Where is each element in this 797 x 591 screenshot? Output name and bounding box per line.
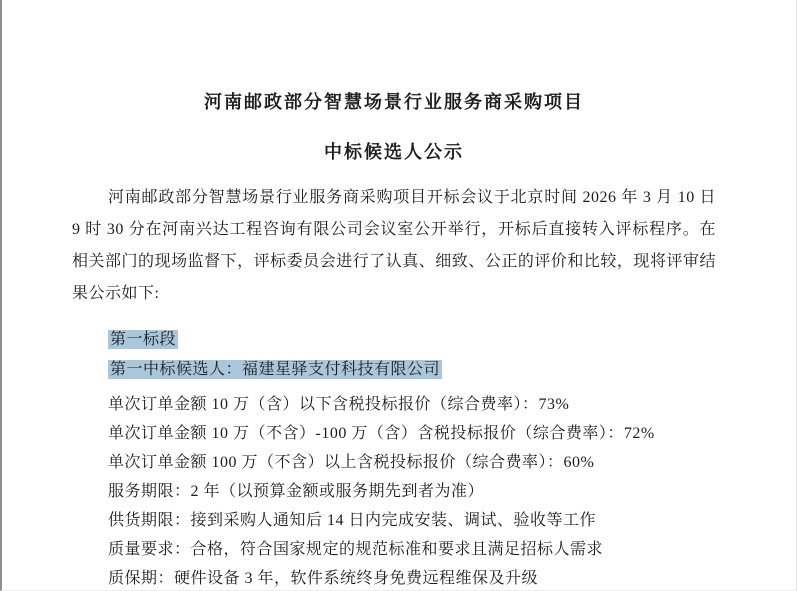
intro-paragraph: 河南邮政部分智慧场景行业服务商采购项目开标会议于北京时间 2026 年 3 月 … xyxy=(72,182,716,310)
section-one-block: 第一标段 第一中标候选人：福建星驿支付科技有限公司 xyxy=(72,325,716,385)
detail-line-quality-requirement: 质量要求：合格，符合国家规定的规范标准和要求且满足招标人需求 xyxy=(72,535,716,564)
first-candidate-highlight: 第一中标候选人：福建星驿支付科技有限公司 xyxy=(108,360,442,379)
document-page: 河南邮政部分智慧场景行业服务商采购项目 中标候选人公示 河南邮政部分智慧场景行业… xyxy=(0,0,797,591)
document-title: 河南邮政部分智慧场景行业服务商采购项目 xyxy=(72,90,716,114)
detail-line-price-tier-3: 单次订单金额 100 万（不含）以上含税投标报价（综合费率）：60% xyxy=(72,448,716,477)
first-candidate-line: 第一中标候选人：福建星驿支付科技有限公司 xyxy=(72,355,716,385)
detail-line-price-tier-2: 单次订单金额 10 万（不含）-100 万（含）含税投标报价（综合费率）：72% xyxy=(72,419,716,448)
detail-line-service-period: 服务期限：2 年（以预算金额或服务期先到者为准） xyxy=(72,477,716,506)
section-heading-line: 第一标段 xyxy=(72,325,716,355)
detail-line-delivery-period: 供货期限：接到采购人通知后 14 日内完成安装、调试、验收等工作 xyxy=(72,506,716,535)
detail-line-warranty: 质保期：硬件设备 3 年，软件系统终身免费远程维保及升级 xyxy=(72,564,716,591)
document-subtitle: 中标候选人公示 xyxy=(72,140,716,164)
detail-line-price-tier-1: 单次订单金额 10 万（含）以下含税投标报价（综合费率）：73% xyxy=(72,390,716,419)
detail-list: 单次订单金额 10 万（含）以下含税投标报价（综合费率）：73% 单次订单金额 … xyxy=(72,390,716,591)
section-heading-highlight: 第一标段 xyxy=(108,330,178,349)
